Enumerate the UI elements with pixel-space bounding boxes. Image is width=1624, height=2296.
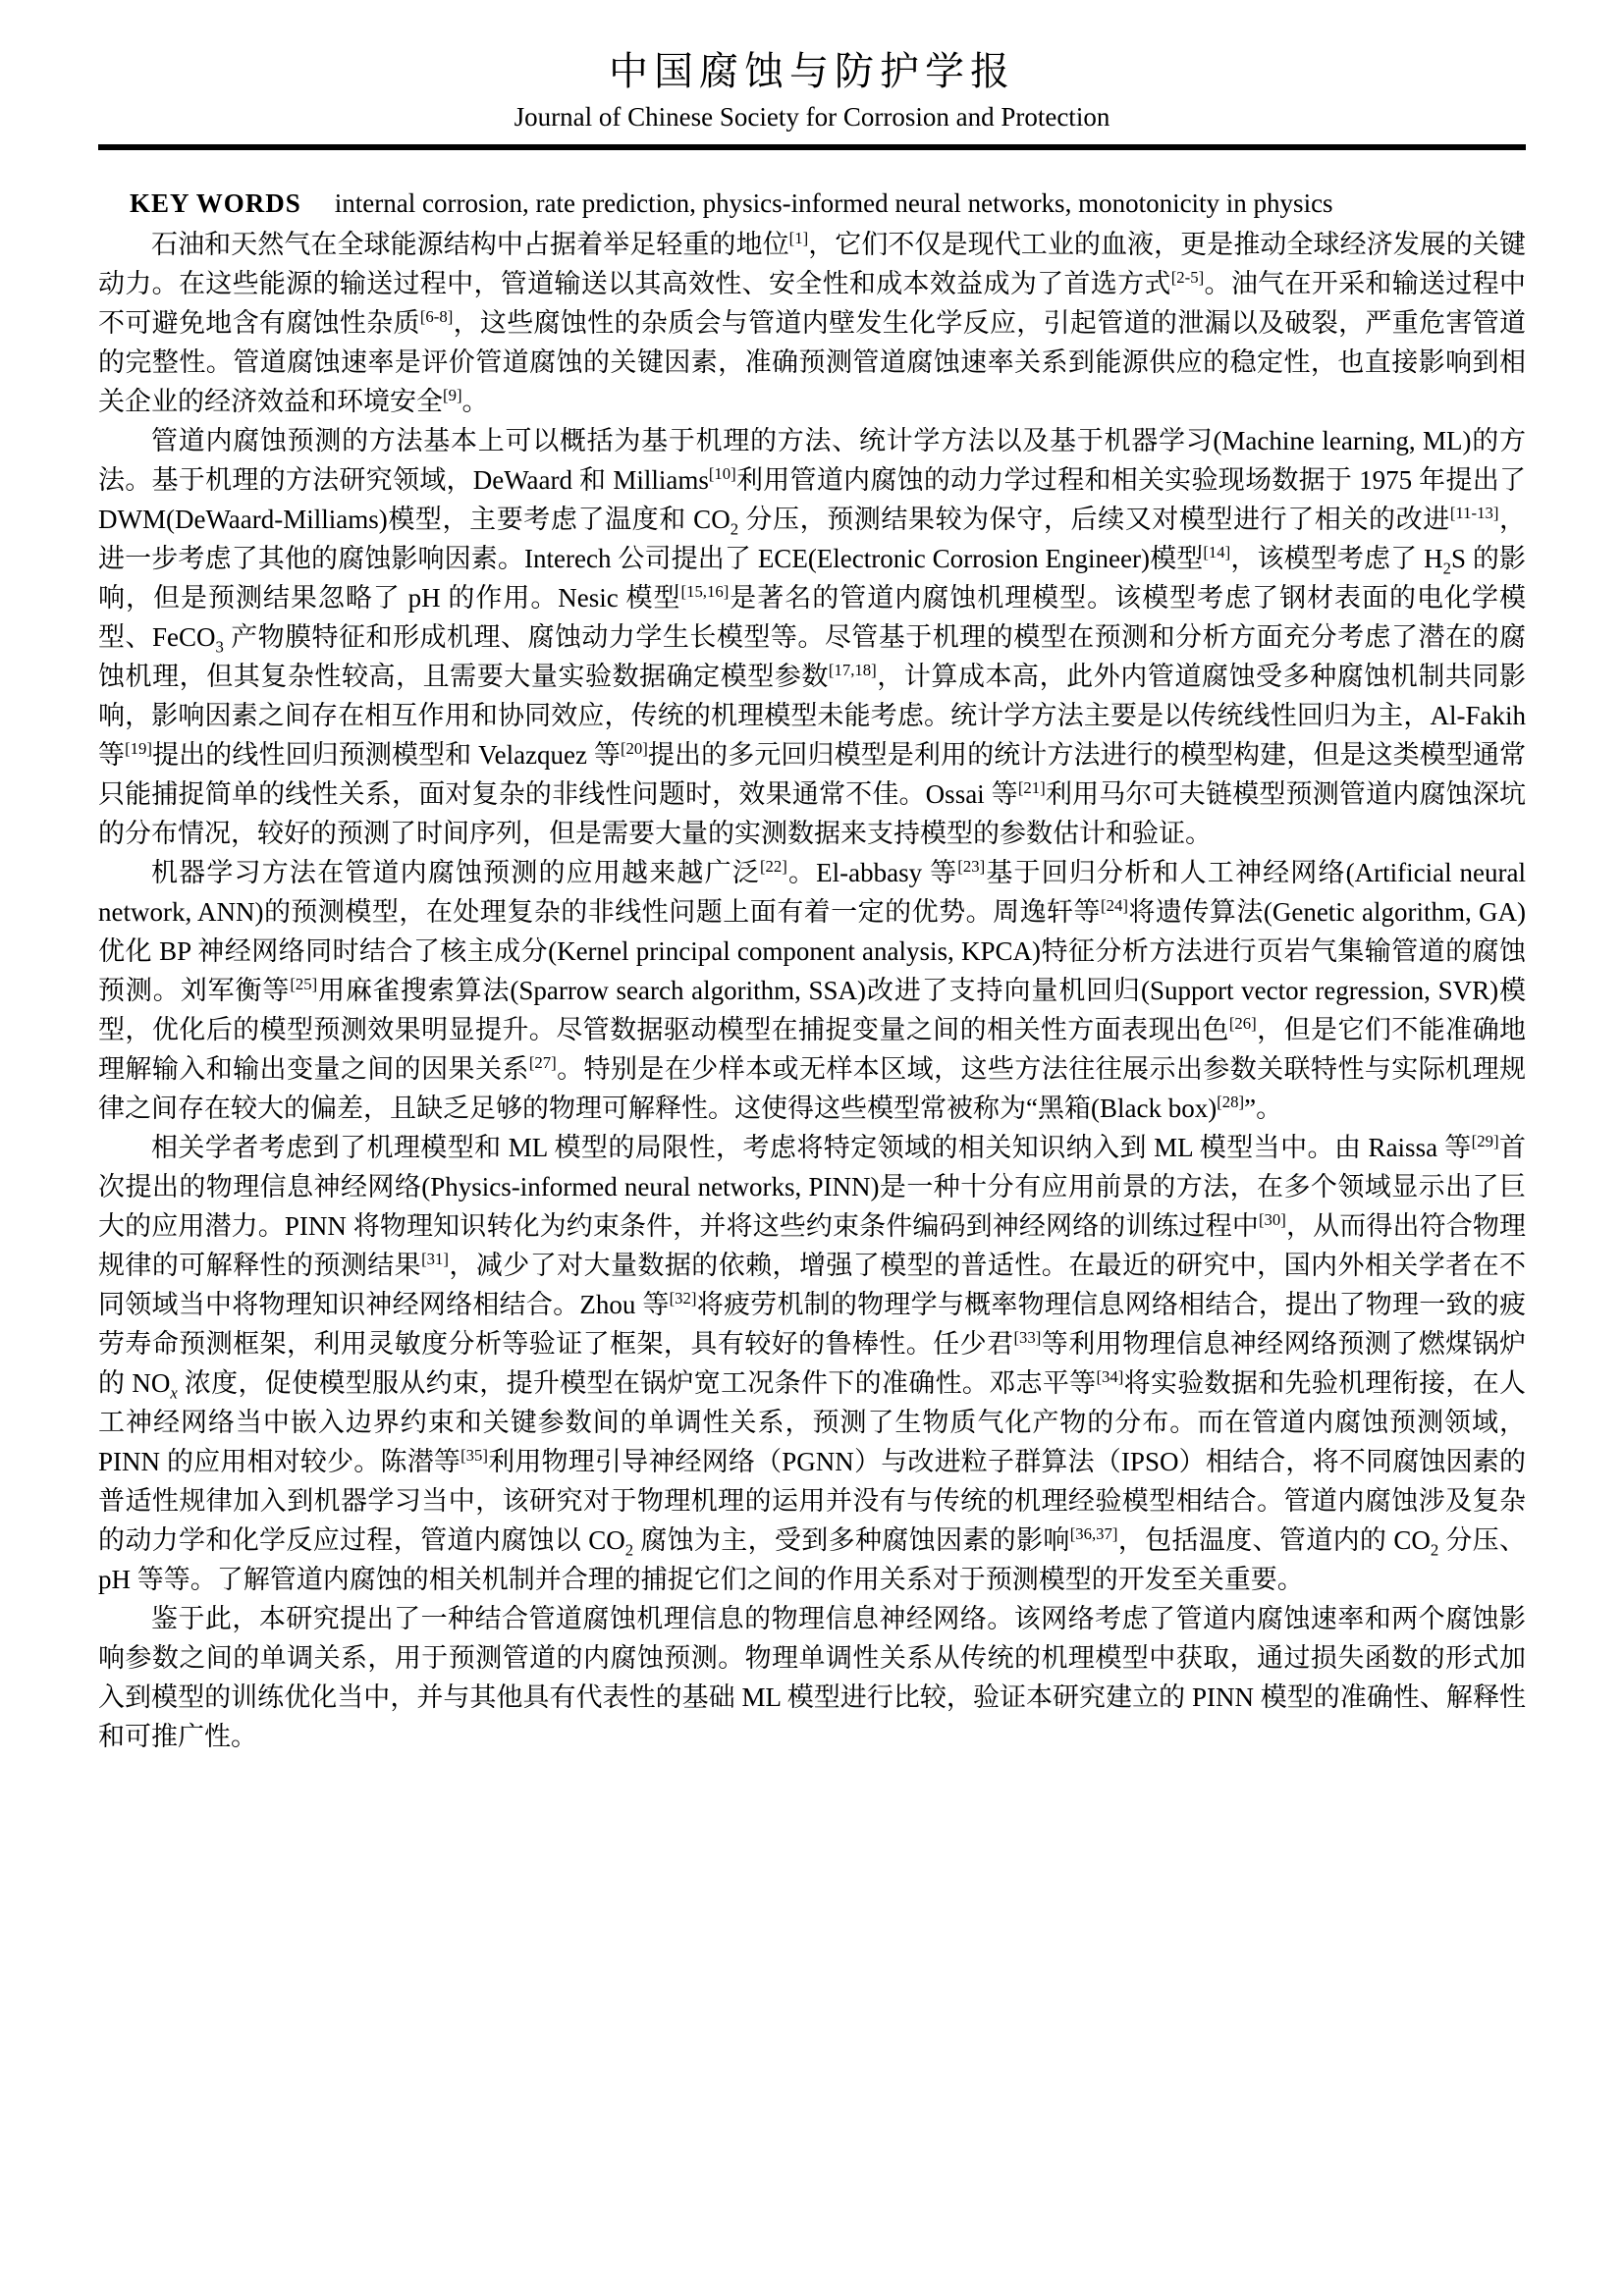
citation-ref: [26] [1229,1014,1257,1033]
citation-ref: [9] [443,386,462,404]
citation-ref: [31] [421,1250,449,1268]
paragraph: 机器学习方法在管道内腐蚀预测的应用越来越广泛[22]。El-abbasy 等[2… [98,853,1526,1128]
citation-ref: [10] [709,464,736,483]
journal-page: 中国腐蚀与防护学报 Journal of Chinese Society for… [0,0,1624,2296]
citation-ref: [24] [1101,896,1128,915]
citation-ref: [2-5] [1171,268,1204,287]
keywords-section: KEY WORDSinternal corrosion, rate predic… [98,184,1526,223]
header-rule [98,144,1526,150]
citation-ref: [32] [670,1289,697,1308]
citation-ref: [14] [1203,543,1230,561]
chemical-subscript: x [170,1383,177,1402]
keywords-label: KEY WORDS [130,188,301,218]
citation-ref: [1] [789,229,809,247]
citation-ref: [35] [460,1446,488,1465]
citation-ref: [29] [1472,1132,1499,1150]
paragraph: 管道内腐蚀预测的方法基本上可以概括为基于机理的方法、统计学方法以及基于机器学习(… [98,421,1526,853]
chemical-subscript: 3 [215,637,223,656]
keywords-text: internal corrosion, rate prediction, phy… [335,188,1333,218]
paragraphs: 石油和天然气在全球能源结构中占据着举足轻重的地位[1]，它们不仅是现代工业的血液… [98,225,1526,1756]
chemical-subscript: 2 [1443,559,1451,577]
citation-ref: [33] [1013,1328,1041,1347]
citation-ref: [25] [290,975,317,993]
journal-title-cn: 中国腐蚀与防护学报 [98,45,1526,98]
page-header: 中国腐蚀与防护学报 Journal of Chinese Society for… [98,45,1526,134]
citation-ref: [22] [760,857,787,876]
citation-ref: [11-13] [1450,504,1499,522]
citation-ref: [21] [1018,778,1046,797]
citation-ref: [27] [529,1053,557,1072]
paragraph: 石油和天然气在全球能源结构中占据着举足轻重的地位[1]，它们不仅是现代工业的血液… [98,225,1526,421]
citation-ref: [17,18] [829,661,877,679]
journal-title-en: Journal of Chinese Society for Corrosion… [98,100,1526,134]
citation-ref: [28] [1217,1093,1244,1111]
citation-ref: [15,16] [681,582,730,601]
chemical-subscript: 2 [731,519,738,538]
paragraph: 相关学者考虑到了机理模型和 ML 模型的局限性，考虑将特定领域的相关知识纳入到 … [98,1128,1526,1599]
citation-ref: [34] [1096,1367,1123,1386]
citation-ref: [20] [621,739,648,758]
citation-ref: [19] [125,739,152,758]
citation-ref: [6-8] [420,307,453,326]
paragraph: 鉴于此，本研究提出了一种结合管道腐蚀机理信息的物理信息神经网络。该网络考虑了管道… [98,1599,1526,1756]
citation-ref: [23] [957,857,985,876]
citation-ref: [30] [1259,1210,1286,1229]
citation-ref: [36,37] [1070,1524,1118,1543]
chemical-subscript: 2 [1431,1540,1438,1559]
chemical-subscript: 2 [625,1540,633,1559]
